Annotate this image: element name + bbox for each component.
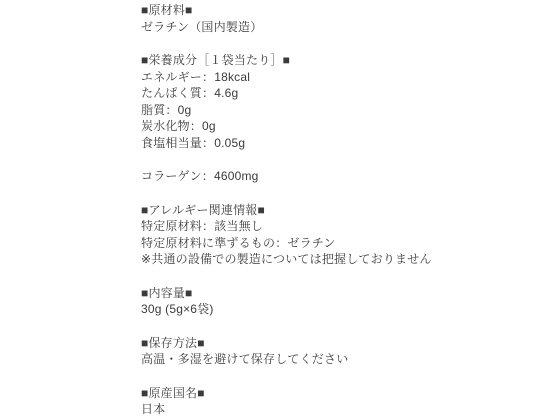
section-nutrition: ■栄養成分［１袋当たり］■ エネルギー：18kcal たんぱく質：4.6g 脂質…	[141, 52, 540, 151]
collagen-value: コラーゲン：4600mg	[141, 168, 540, 185]
nutrition-salt: 食塩相当量：0.05g	[141, 135, 540, 152]
net-contents-value: 30g (5g×6袋)	[141, 301, 540, 318]
ingredients-heading: ■原材料■	[141, 2, 540, 19]
storage-heading: ■保存方法■	[141, 335, 540, 352]
section-storage-method: ■保存方法■ 高温・多湿を避けて保存してください	[141, 335, 540, 368]
allergy-heading: ■アレルギー関連情報■	[141, 202, 540, 219]
section-ingredients: ■原材料■ ゼラチン（国内製造）	[141, 2, 540, 35]
net-contents-heading: ■内容量■	[141, 285, 540, 302]
nutrition-heading: ■栄養成分［１袋当たり］■	[141, 52, 540, 69]
section-net-contents: ■内容量■ 30g (5g×6袋)	[141, 285, 540, 318]
allergy-equivalent-materials: 特定原材料に準ずるもの：ゼラチン	[141, 235, 540, 252]
nutrition-protein: たんぱく質：4.6g	[141, 85, 540, 102]
section-country-of-origin: ■原産国名■ 日本	[141, 385, 540, 418]
nutrition-energy: エネルギー：18kcal	[141, 69, 540, 86]
origin-heading: ■原産国名■	[141, 385, 540, 402]
allergy-specified-materials: 特定原材料：該当無し	[141, 218, 540, 235]
origin-value: 日本	[141, 401, 540, 418]
allergy-shared-facility-note: ※共通の設備での製造については把握しておりません	[141, 251, 540, 268]
section-collagen: コラーゲン：4600mg	[141, 168, 540, 185]
nutrition-carbohydrate: 炭水化物：0g	[141, 118, 540, 135]
storage-instruction: 高温・多湿を避けて保存してください	[141, 351, 540, 368]
ingredients-value: ゼラチン（国内製造）	[141, 19, 540, 36]
product-info-panel: ■原材料■ ゼラチン（国内製造） ■栄養成分［１袋当たり］■ エネルギー：18k…	[0, 0, 560, 420]
section-allergy-info: ■アレルギー関連情報■ 特定原材料：該当無し 特定原材料に準ずるもの：ゼラチン …	[141, 202, 540, 268]
nutrition-fat: 脂質：0g	[141, 102, 540, 119]
